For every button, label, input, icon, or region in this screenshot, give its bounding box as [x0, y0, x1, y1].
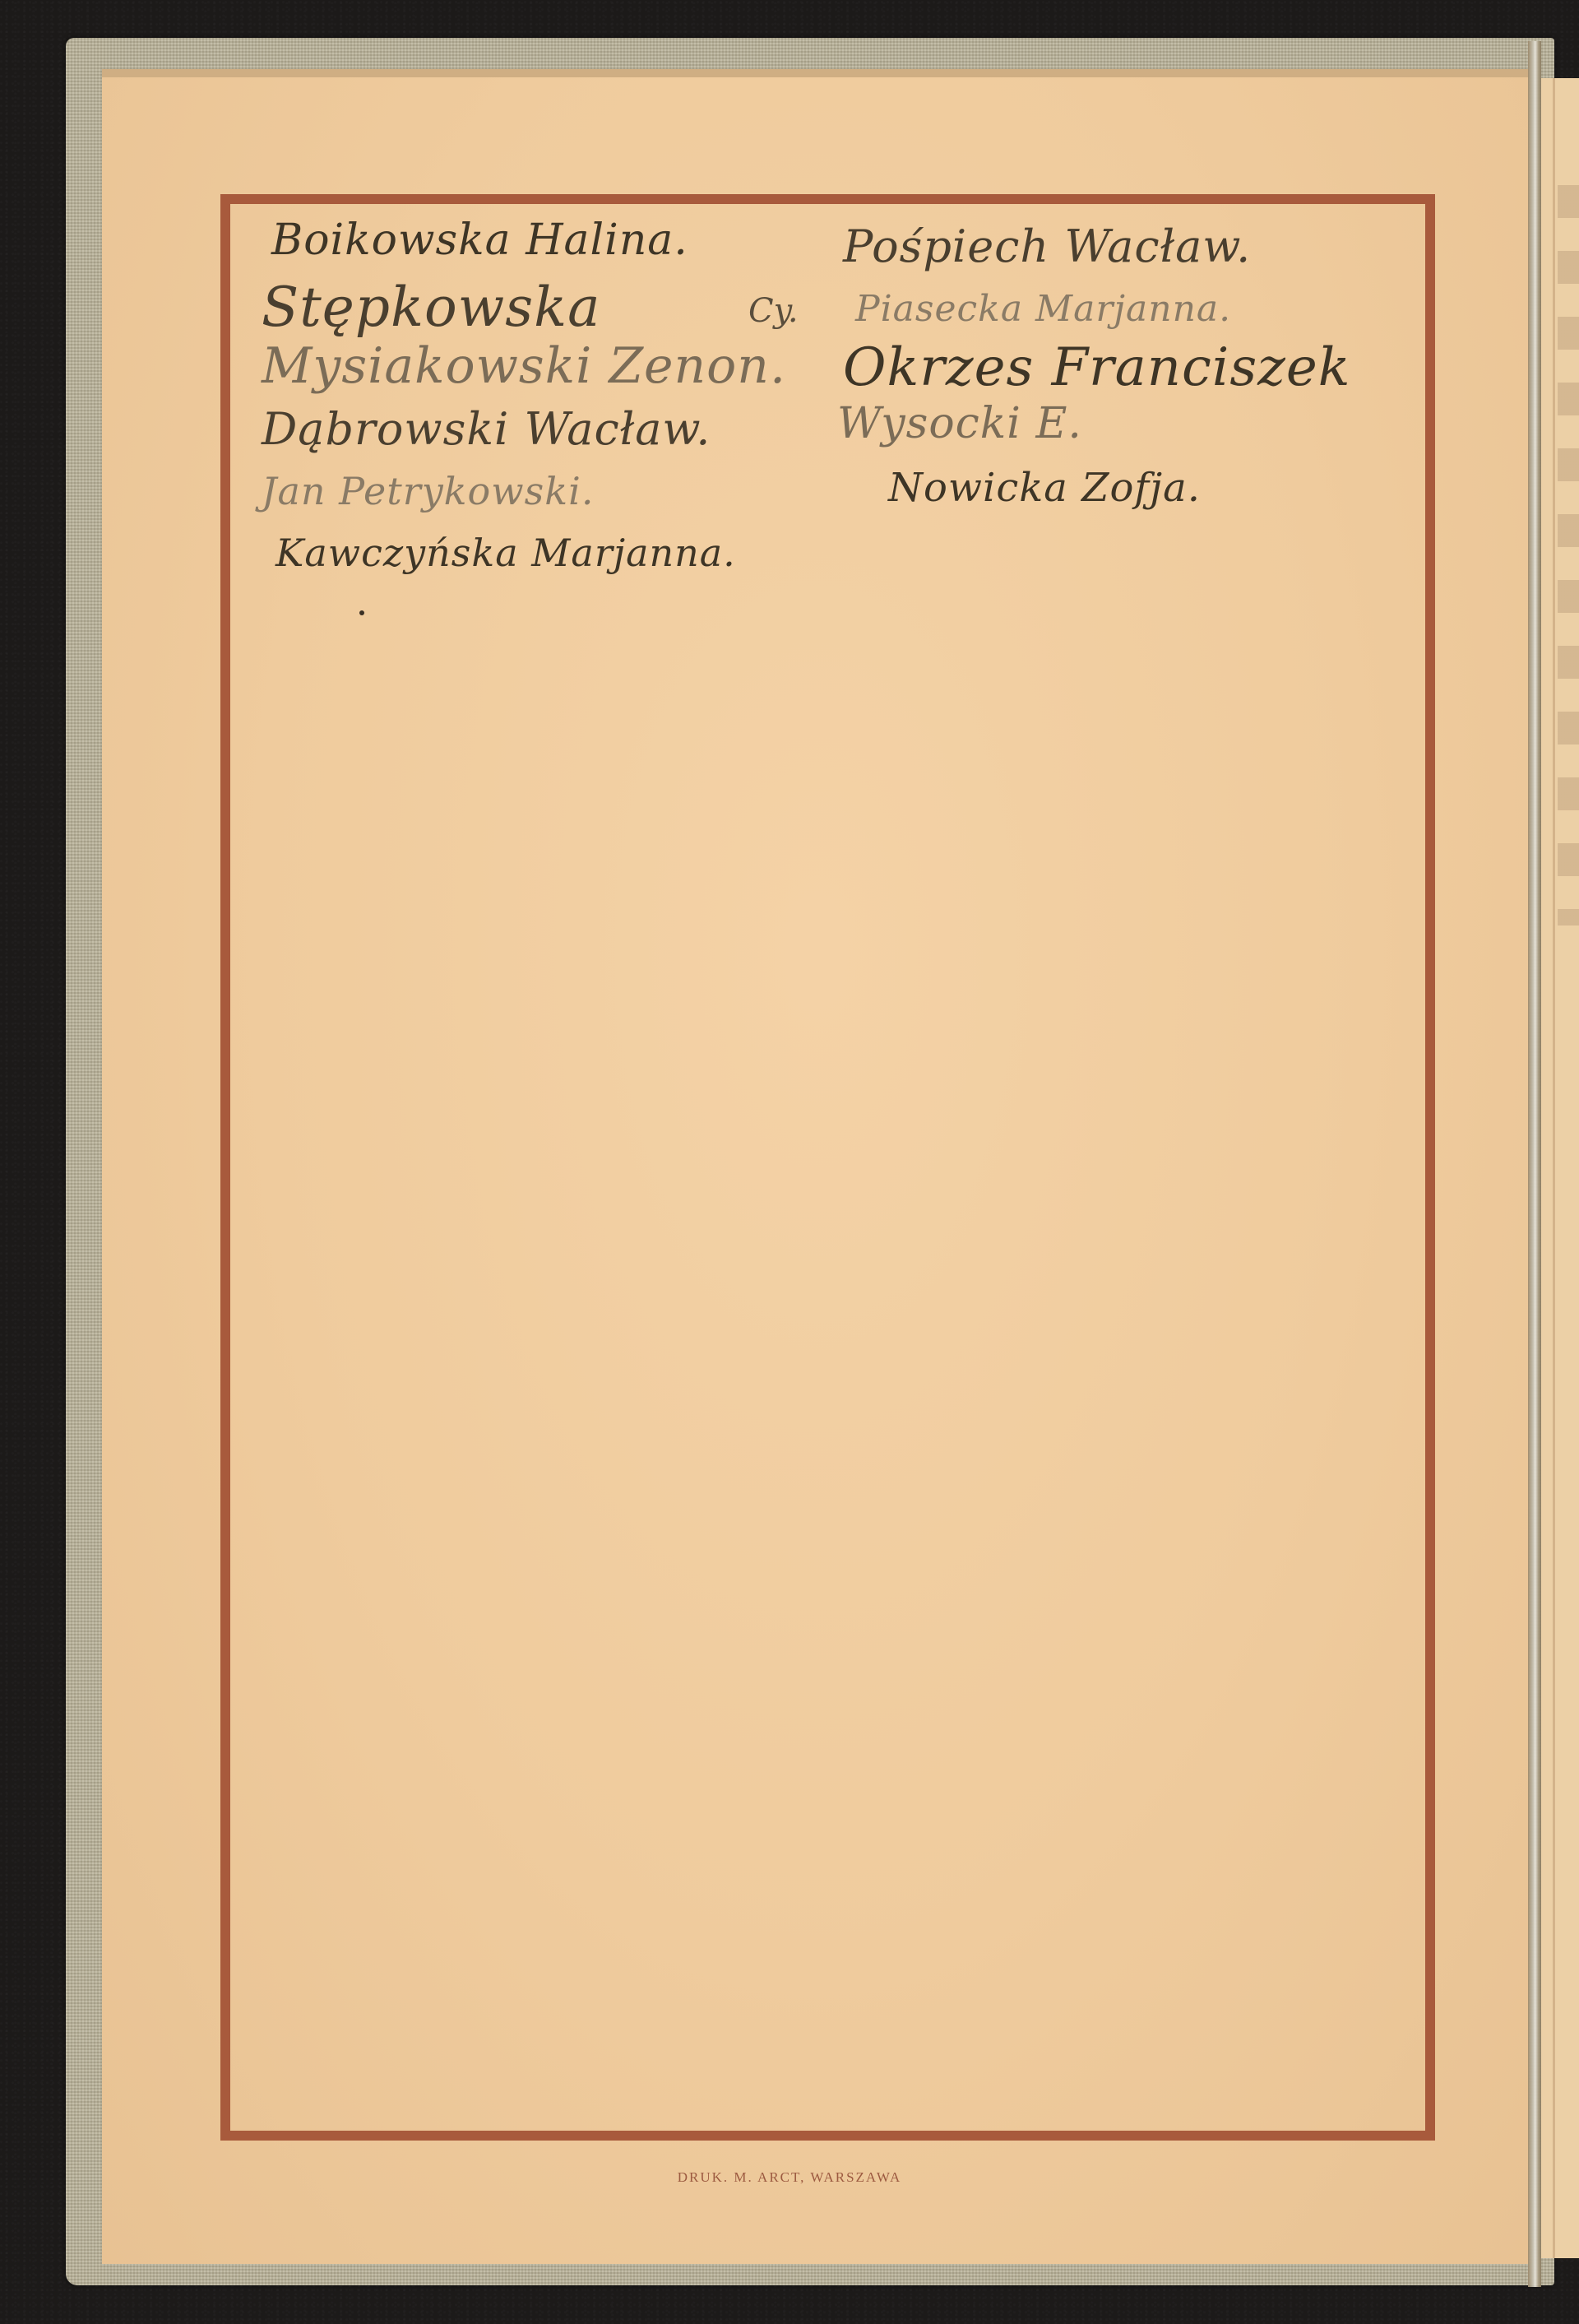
name-left-5: Jan Petrykowski. [262, 469, 594, 513]
name-left-1: Boikowska Halina. [271, 216, 688, 265]
name-right-3: Okrzes Franciszek [843, 337, 1351, 398]
facing-page-ornament [1558, 185, 1579, 925]
name-right-2: Piasecka Marjanna. [855, 288, 1231, 330]
facing-page-ruling [1553, 78, 1555, 2258]
name-left-4: Dąbrowski Wacław. [262, 403, 711, 455]
name-right-5: Nowicka Zofja. [888, 465, 1201, 511]
name-right-1: Pośpiech Wacław. [843, 220, 1251, 272]
name-left-2-annotation: Cy. [748, 292, 799, 330]
printer-imprint: DRUK. M. ARCT, WARSZAWA [0, 2169, 1579, 2186]
name-left-3: Mysiakowski Zenon. [262, 337, 786, 395]
facing-page-edge [1541, 78, 1579, 2258]
ink-dot [359, 610, 364, 615]
name-left-2: Stępkowska [262, 276, 600, 339]
name-right-4: Wysocki E. [837, 399, 1082, 448]
name-left-6: Kawczyńska Marjanna. [276, 531, 736, 575]
book-gutter [1528, 41, 1541, 2287]
